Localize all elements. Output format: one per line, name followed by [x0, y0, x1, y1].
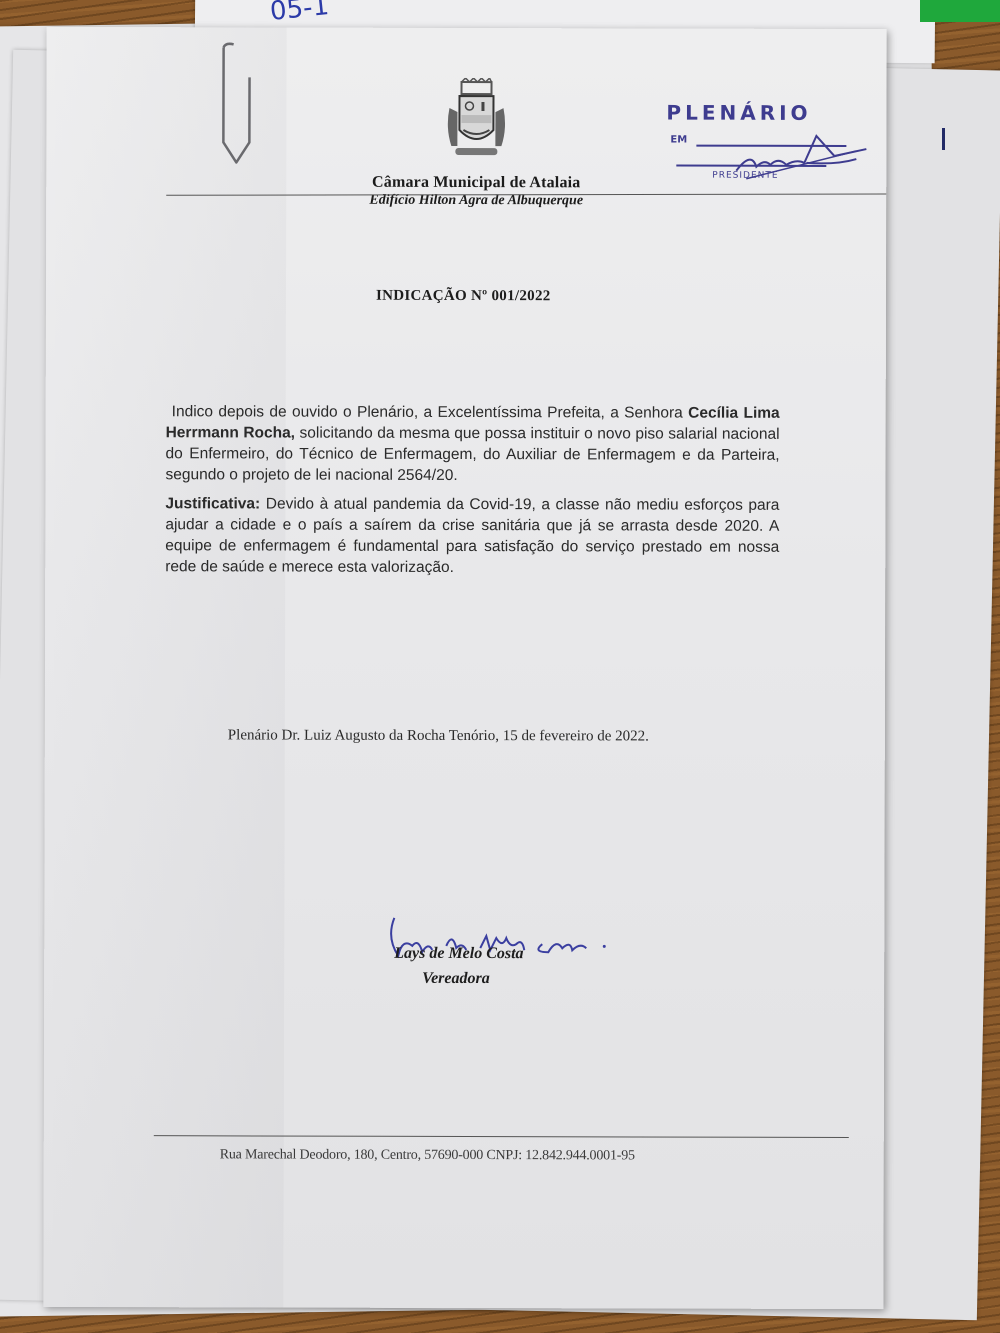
justification-label: Justificativa: — [165, 495, 260, 512]
paperclip-icon — [211, 42, 256, 172]
justification-paragraph: Justificativa: Devido à atual pandemia d… — [165, 493, 779, 579]
footer-divider — [154, 1135, 849, 1138]
green-folder — [920, 0, 1000, 22]
pen-mark — [942, 128, 945, 150]
stamp-em-label: EM — [670, 135, 687, 146]
stamp-title: PLENÁRIO — [666, 101, 886, 126]
document-page: Câmara Municipal de Atalaia Edifício Hil… — [43, 27, 886, 1309]
letterhead: Câmara Municipal de Atalaia Edifício Hil… — [346, 78, 606, 210]
stamp-role: PRESIDENTE — [712, 171, 778, 181]
chamber-name: Câmara Municipal de Atalaia — [346, 174, 606, 193]
signer-name: Lays de Melo Costa — [394, 945, 523, 963]
place-and-date: Plenário Dr. Luiz Augusto da Rocha Tenór… — [228, 727, 649, 745]
indication-paragraph: Indico depois de ouvido o Plenário, a Ex… — [165, 401, 779, 487]
footer-address: Rua Marechal Deodoro, 180, Centro, 57690… — [220, 1147, 635, 1164]
signer-role: Vereadora — [422, 970, 490, 988]
municipal-coat-of-arms-icon — [441, 78, 511, 163]
paragraph-text: Indico depois de ouvido o Plenário, a Ex… — [172, 403, 689, 421]
plenary-stamp: PLENÁRIO EM PRESIDENTE — [666, 101, 886, 192]
document-title: INDICAÇÃO Nº 001/2022 — [376, 288, 551, 305]
